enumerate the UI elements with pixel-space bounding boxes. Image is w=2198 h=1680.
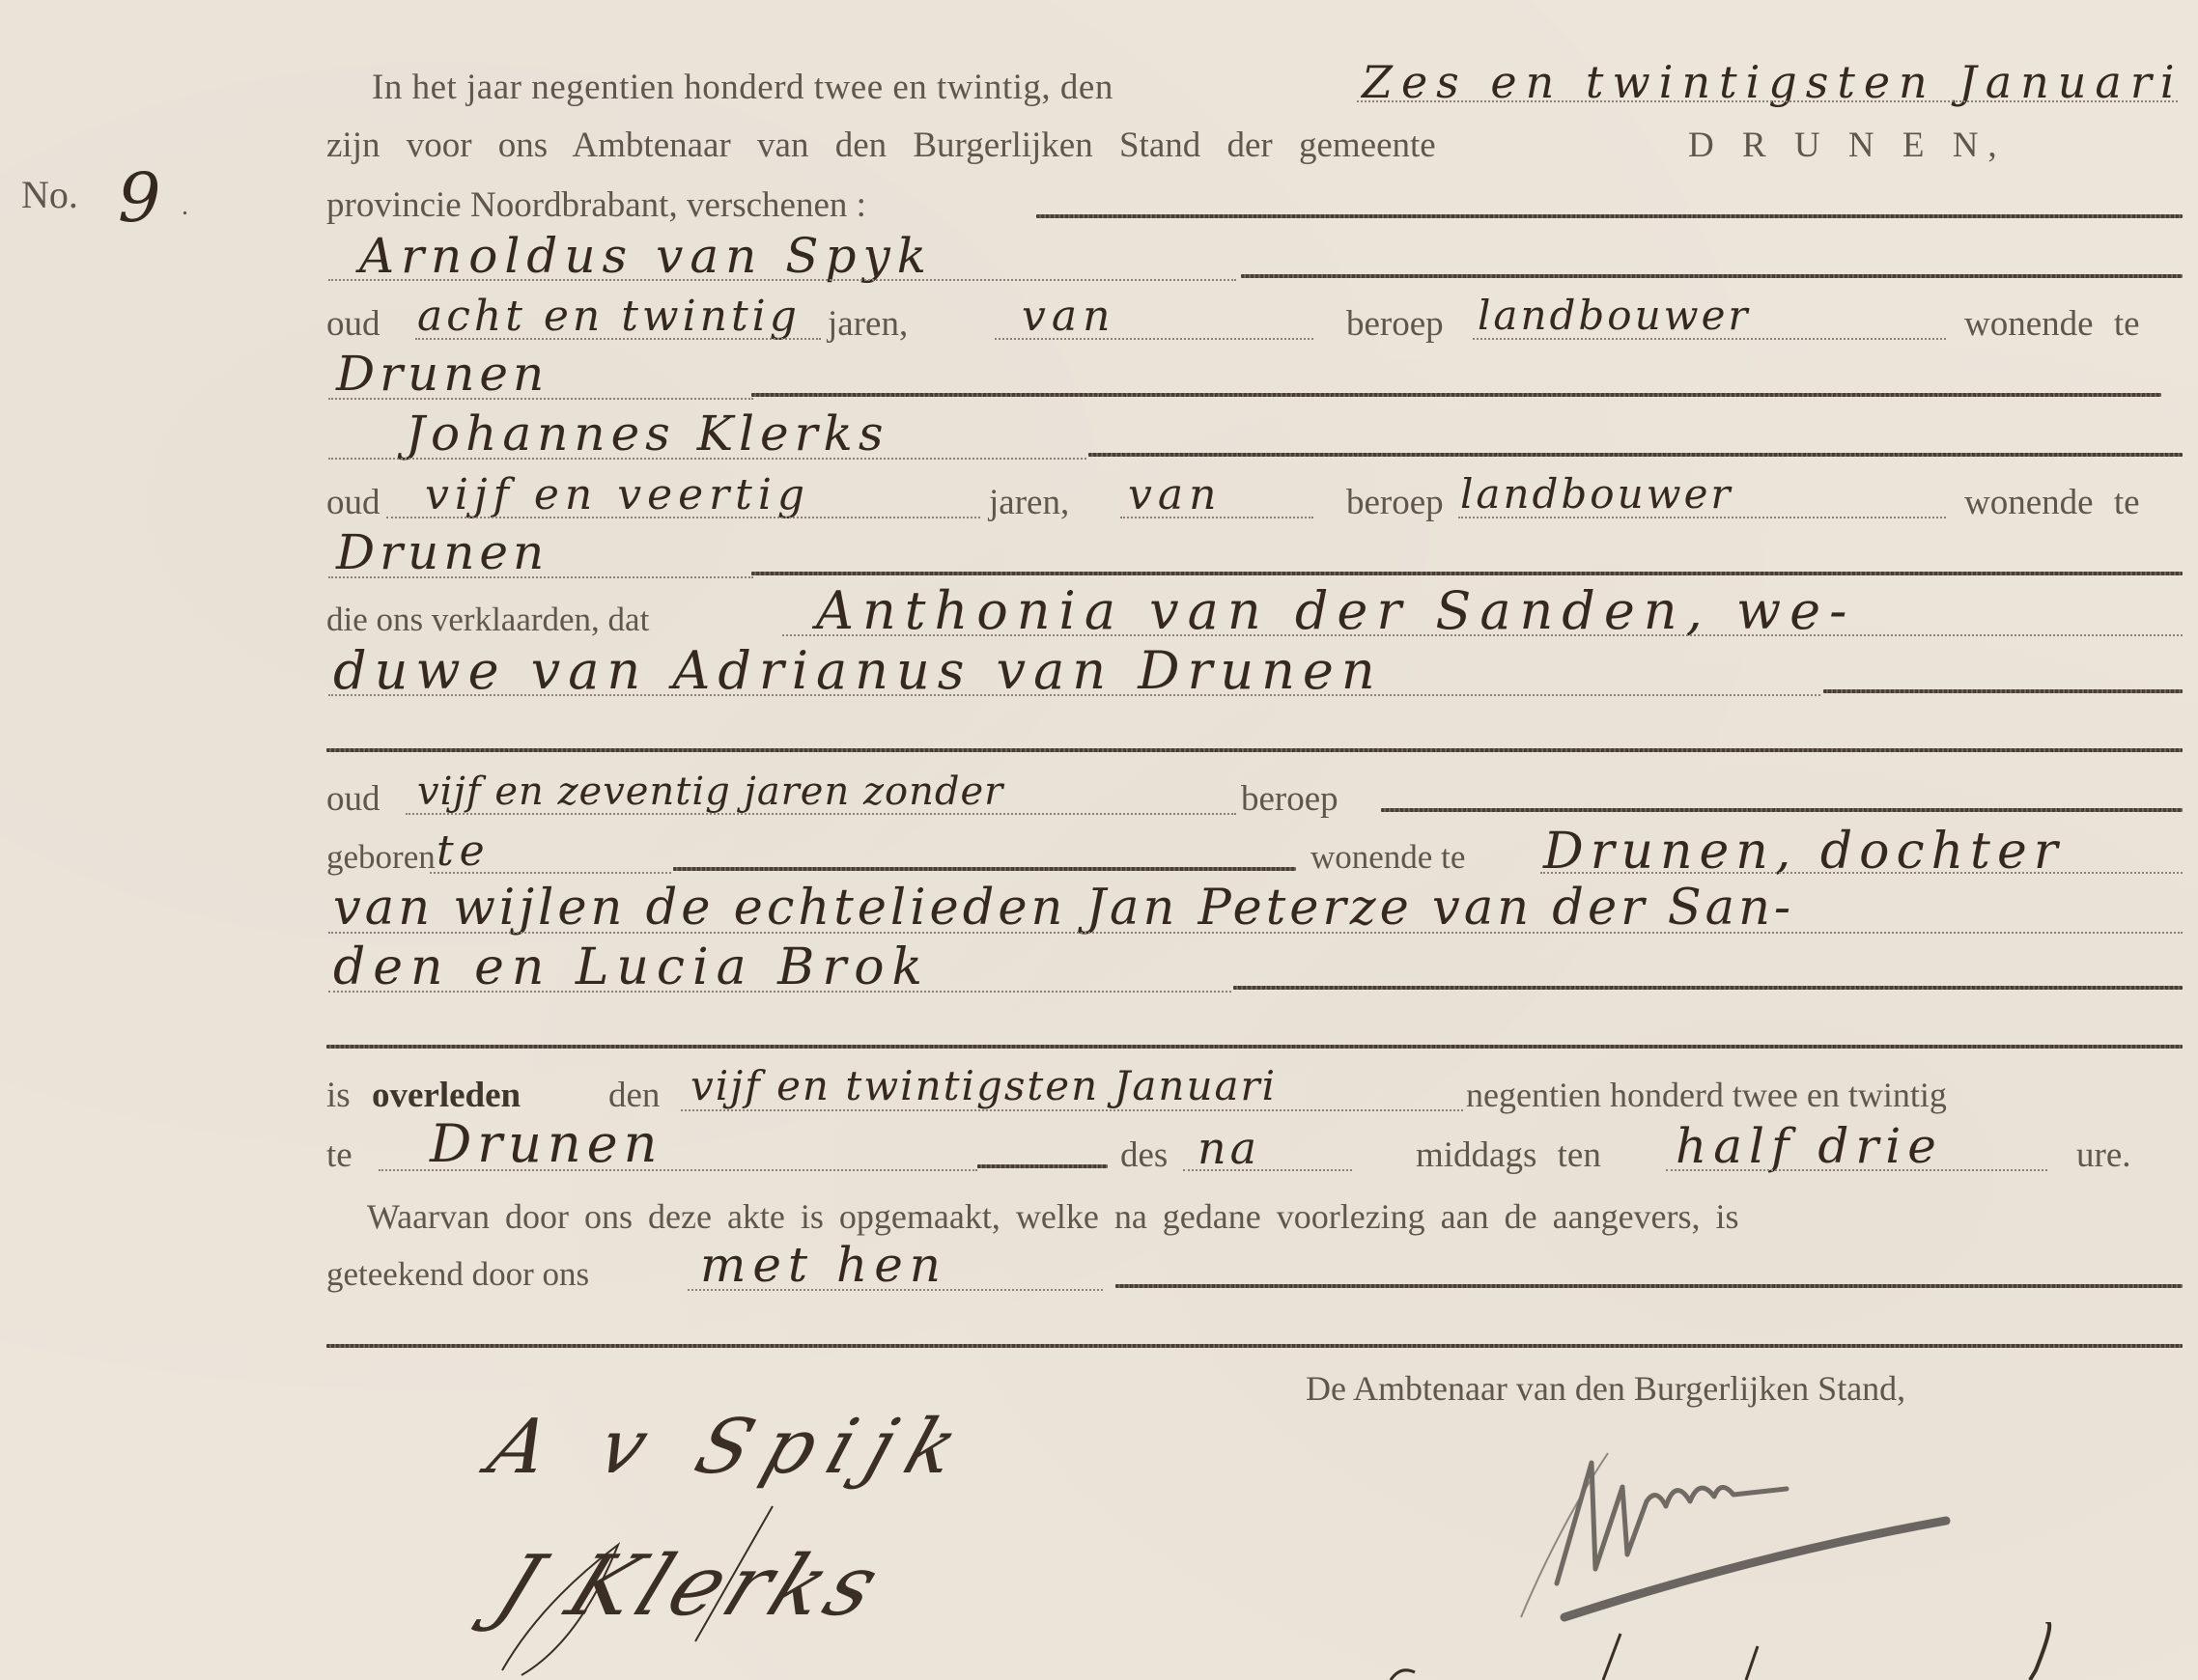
bottom-cutoff-handwriting bbox=[1313, 1622, 2183, 1680]
